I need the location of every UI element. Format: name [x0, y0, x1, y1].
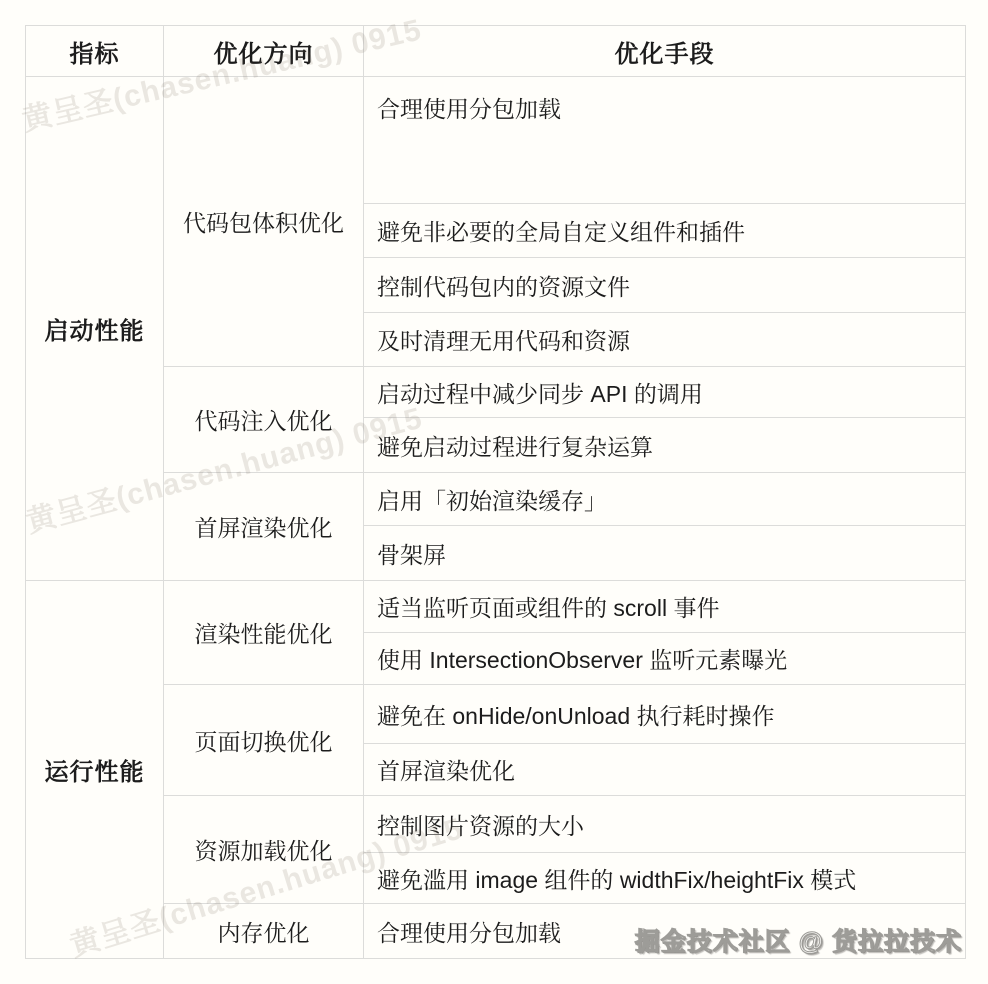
- method-cell: 合理使用分包加载: [364, 77, 966, 204]
- method-cell: 首屏渲染优化: [364, 744, 966, 796]
- method-cell: 避免在 onHide/onUnload 执行耗时操作: [364, 685, 966, 744]
- page: 指标 优化方向 优化手段 启动性能 代码包体积优化 合理使用分包加载 避免非必要…: [0, 0, 988, 984]
- table-row: 运行性能 渲染性能优化 适当监听页面或组件的 scroll 事件: [26, 581, 966, 633]
- method-cell: 适当监听页面或组件的 scroll 事件: [364, 581, 966, 633]
- direction-cell: 资源加载优化: [164, 796, 364, 904]
- direction-cell: 首屏渲染优化: [164, 473, 364, 581]
- table-row: 代码注入优化 启动过程中减少同步 API 的调用: [26, 367, 966, 418]
- method-cell: 骨架屏: [364, 526, 966, 581]
- direction-cell: 页面切换优化: [164, 685, 364, 796]
- direction-cell: 代码包体积优化: [164, 77, 364, 367]
- header-method: 优化手段: [364, 26, 966, 77]
- table-row: 页面切换优化 避免在 onHide/onUnload 执行耗时操作: [26, 685, 966, 744]
- method-cell: 控制代码包内的资源文件: [364, 258, 966, 313]
- header-direction: 优化方向: [164, 26, 364, 77]
- header-metric: 指标: [26, 26, 164, 77]
- direction-cell: 渲染性能优化: [164, 581, 364, 685]
- optimization-table: 指标 优化方向 优化手段 启动性能 代码包体积优化 合理使用分包加载 避免非必要…: [25, 25, 966, 959]
- table-row: 资源加载优化 控制图片资源的大小: [26, 796, 966, 853]
- method-cell: 使用 IntersectionObserver 监听元素曝光: [364, 633, 966, 685]
- method-cell: 启动过程中减少同步 API 的调用: [364, 367, 966, 418]
- table-header-row: 指标 优化方向 优化手段: [26, 26, 966, 77]
- method-cell: 避免滥用 image 组件的 widthFix/heightFix 模式: [364, 853, 966, 904]
- metric-cell-runtime: 运行性能: [26, 581, 164, 959]
- community-watermark: 掘金技术社区 @ 货拉拉技术: [635, 922, 962, 958]
- method-cell: 避免非必要的全局自定义组件和插件: [364, 204, 966, 258]
- table-row: 首屏渲染优化 启用「初始渲染缓存」: [26, 473, 966, 526]
- direction-cell: 内存优化: [164, 904, 364, 959]
- method-cell: 及时清理无用代码和资源: [364, 313, 966, 367]
- method-cell: 避免启动过程进行复杂运算: [364, 418, 966, 473]
- method-cell: 控制图片资源的大小: [364, 796, 966, 853]
- method-cell: 启用「初始渲染缓存」: [364, 473, 966, 526]
- metric-cell-startup: 启动性能: [26, 77, 164, 581]
- table-row: 启动性能 代码包体积优化 合理使用分包加载: [26, 77, 966, 204]
- direction-cell: 代码注入优化: [164, 367, 364, 473]
